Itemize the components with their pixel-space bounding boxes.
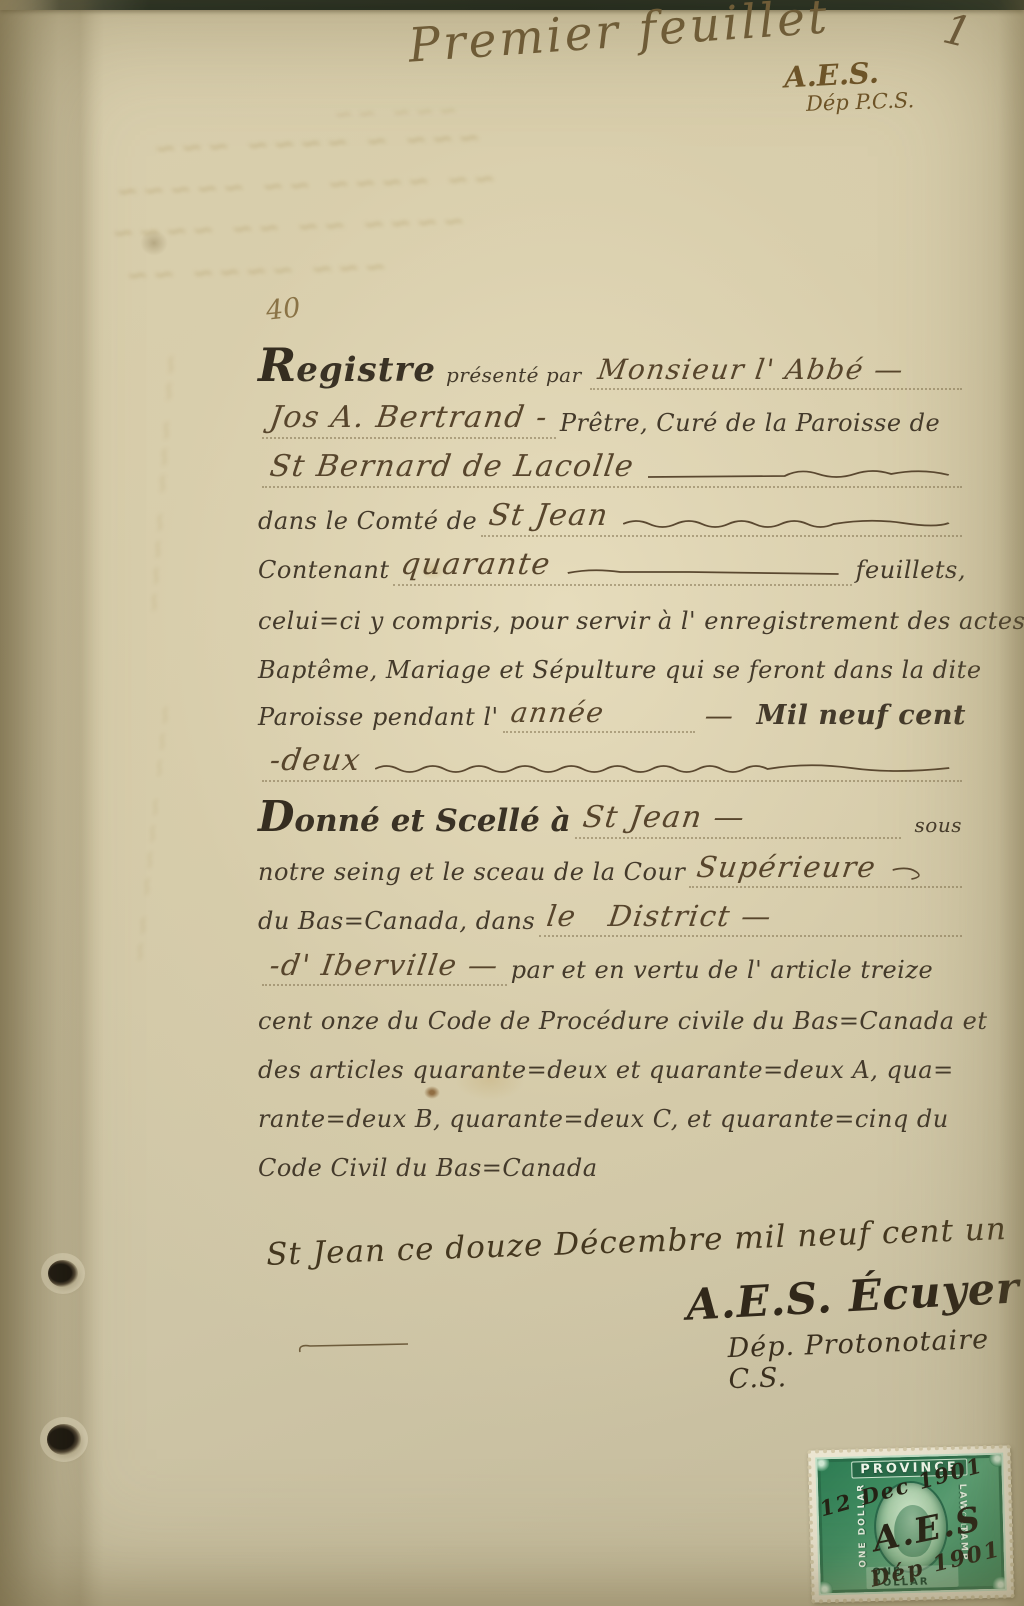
printed-text: dans le Comté de bbox=[258, 507, 477, 537]
scanned-register-page: ~~~ ~~ ~~~ ~ ~~~~ ~~~ ~~ ~~~~ ~~ ~~~~~ ~… bbox=[0, 0, 1024, 1606]
printed-text: feuillets, bbox=[856, 556, 966, 586]
stamp-body: PROVINCE ONE DOLLAR LAW STAMP DOLLAR ONE… bbox=[815, 1453, 1007, 1596]
fill-in-district-continued: -d' Iberville — bbox=[262, 948, 507, 986]
law-revenue-stamp: PROVINCE ONE DOLLAR LAW STAMP DOLLAR ONE… bbox=[808, 1445, 1014, 1602]
clerk-initials-title: Dép P.C.S. bbox=[806, 88, 915, 116]
form-line: dans le Comté de St Jean bbox=[258, 488, 966, 537]
register-declaration-form: Registre présenté par Monsieur l' Abbé —… bbox=[258, 333, 966, 1182]
pen-squiggle bbox=[623, 515, 952, 530]
form-line: du Bas=Canada, dans le District — bbox=[258, 888, 966, 937]
form-line: Jos A. Bertrand - Prêtre, Curé de la Par… bbox=[258, 390, 966, 439]
fill-in-parish-name: St Bernard de Lacolle bbox=[262, 449, 962, 488]
printed-text: Contenant bbox=[258, 556, 389, 586]
printed-text: Mil neuf cent bbox=[741, 700, 966, 733]
ghost-text-line: ~~~ ~~~~ ~~ bbox=[123, 702, 182, 969]
stamp-banner-top: PROVINCE bbox=[851, 1458, 968, 1478]
printed-text: Prêtre, Curé de la Paroisse de bbox=[560, 409, 940, 439]
form-line: rante=deux B, quarante=deux C, et quaran… bbox=[258, 1084, 966, 1133]
signature-prothonotary: A.E.S. Écuyer bbox=[685, 1263, 1021, 1330]
page-number: 1 bbox=[938, 3, 976, 57]
form-line: des articles quarante=deux et quarante=d… bbox=[258, 1035, 966, 1084]
form-line: celui=ci y compris, pour servir à l' enr… bbox=[258, 586, 966, 635]
pen-squiggle bbox=[375, 760, 952, 775]
printed-text: Paroisse pendant l' bbox=[258, 703, 499, 733]
punch-hole bbox=[47, 1424, 81, 1455]
fill-in-folio-count: quarante bbox=[393, 547, 851, 586]
printed-text: Code Civil du Bas=Canada bbox=[258, 1154, 598, 1182]
printed-text: par et en vertu de l' article treize bbox=[511, 956, 934, 986]
stamp-corner-ornament bbox=[816, 1581, 832, 1595]
pen-squiggle bbox=[648, 466, 952, 481]
ornate-initial: R bbox=[258, 338, 296, 392]
punch-hole bbox=[48, 1260, 78, 1287]
paper-stain bbox=[140, 230, 168, 256]
dateline-handwritten: St Jean ce douze Décembre mil neuf cent … bbox=[266, 1211, 1008, 1273]
ghost-text-line: ~~ ~~~~ ~~ ~~~~~ bbox=[112, 163, 497, 207]
ghost-text-line: ~~~ ~~ bbox=[330, 98, 459, 128]
printed-text: notre seing et le sceau de la Cour bbox=[258, 858, 685, 888]
printed-text: celui=ci y compris, pour servir à l' enr… bbox=[258, 607, 1024, 635]
fill-in-year-word: année bbox=[503, 696, 695, 733]
ghost-text-line: ~~~~ ~~ ~~ ~~~~ bbox=[108, 206, 466, 249]
printed-text: présenté par bbox=[436, 363, 586, 390]
stamp-corner-ornament bbox=[989, 1453, 1005, 1467]
stamp-denomination: DOLLAR bbox=[959, 1505, 968, 1540]
pen-flourish bbox=[296, 1338, 416, 1356]
stamp-corner-ornament bbox=[992, 1576, 1006, 1592]
form-line: -deux bbox=[258, 733, 966, 782]
stamp-corner-ornament bbox=[815, 1455, 829, 1471]
fill-in-place-sealed: St Jean — bbox=[575, 800, 901, 839]
fill-in-priest-name: Jos A. Bertrand - bbox=[262, 400, 556, 439]
form-line: Registre présenté par Monsieur l' Abbé — bbox=[258, 333, 966, 390]
printed-text: cent onze du Code de Procédure civile du… bbox=[258, 1007, 988, 1035]
stamp-portrait-vignette bbox=[873, 1480, 949, 1574]
clerk-initials: A.E.S. bbox=[783, 56, 879, 95]
stamp-banner-bottom: ONE DOLLAR bbox=[866, 1565, 959, 1589]
signature-title: Dép. Protonotaire C.S. bbox=[727, 1323, 1024, 1395]
ghost-text-line: ~~ ~~~ ~~~~ bbox=[138, 352, 187, 618]
handwritten-dash: — bbox=[697, 699, 743, 733]
printed-text: Registre bbox=[258, 346, 436, 390]
ghost-text-line: ~~~ ~~~~ ~~ bbox=[122, 251, 388, 291]
printed-text: rante=deux B, quarante=deux C, et quaran… bbox=[258, 1105, 949, 1133]
form-line: notre seing et le sceau de la Cour Supér… bbox=[258, 839, 966, 888]
printed-text: Donné et Scellé à bbox=[258, 798, 571, 839]
printed-text: du Bas=Canada, dans bbox=[258, 907, 535, 937]
form-line: Paroisse pendant l' année — Mil neuf cen… bbox=[258, 684, 966, 733]
folio-count-note: 40 bbox=[264, 292, 301, 326]
form-line: Code Civil du Bas=Canada bbox=[258, 1133, 966, 1182]
pen-flourish bbox=[891, 866, 925, 881]
stamp-banner-left: ONE DOLLAR bbox=[856, 1483, 868, 1568]
fill-in-year-continued: -deux bbox=[262, 743, 962, 782]
form-line: Contenant quarante feuillets, bbox=[258, 537, 966, 586]
printed-text: des articles quarante=deux et quarante=d… bbox=[258, 1056, 954, 1084]
fill-in-district: le District — bbox=[539, 899, 962, 937]
form-line: St Bernard de Lacolle bbox=[258, 439, 966, 488]
fill-in-county: St Jean bbox=[481, 498, 962, 537]
form-line: cent onze du Code de Procédure civile du… bbox=[258, 986, 966, 1035]
printed-text: Baptême, Mariage et Sépulture qui se fer… bbox=[258, 656, 982, 684]
fill-in-presented-by: Monsieur l' Abbé — bbox=[590, 353, 962, 390]
printed-text: sous bbox=[905, 813, 966, 839]
fill-in-court-name: Supérieure bbox=[689, 850, 962, 888]
ornate-initial: D bbox=[258, 792, 294, 841]
form-line: -d' Iberville — par et en vertu de l' ar… bbox=[258, 937, 966, 986]
ghost-text-line: ~~~ ~ ~~~~ ~~~ bbox=[150, 122, 481, 165]
form-line: Donné et Scellé à St Jean — sous bbox=[258, 782, 966, 839]
pen-squiggle bbox=[565, 564, 841, 579]
form-line: Baptême, Mariage et Sépulture qui se fer… bbox=[258, 635, 966, 684]
